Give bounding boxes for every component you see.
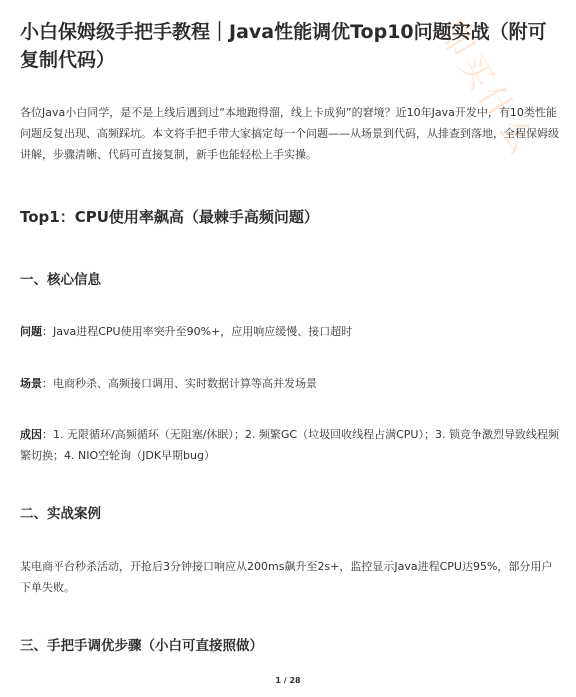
case-paragraph: 某电商平台秒杀活动，开抢后3分钟接口响应从200ms飙升至2s+，监控显示Jav… [20,556,560,598]
scene-paragraph: 场景：电商秒杀、高频接口调用、实时数据计算等高并发场景 [20,373,560,394]
scene-label: 场景 [20,377,42,390]
cause-text: ：1. 无限循环/高频循环（无阻塞/休眠）；2. 频繁GC（垃圾回收线程占满CP… [20,428,559,462]
page-number: 1 / 28 [0,676,576,685]
intro-paragraph: 各位Java小白同学，是不是上线后遇到过“本地跑得溜，线上卡成狗”的窘境？近10… [20,102,560,165]
problem-label: 问题 [20,325,42,338]
problem-text: ：Java进程CPU使用率突升至90%+，应用响应缓慢、接口超时 [42,325,352,338]
section-core-info-heading: 一、核心信息 [20,270,101,290]
top1-heading: Top1：CPU使用率飙高（最棘手高频问题） [20,206,319,228]
section-case-heading: 二、实战案例 [20,504,101,524]
document-title: 小白保姆级手把手教程｜Java性能调优Top10问题实战（附可复制代码） [20,18,560,74]
cause-paragraph: 成因：1. 无限循环/高频循环（无阻塞/休眠）；2. 频繁GC（垃圾回收线程占满… [20,424,560,466]
section-steps-heading: 三、手把手调优步骤（小白可直接照做） [20,636,263,656]
cause-label: 成因 [20,428,42,441]
document-page: 即买什么 小白保姆级手把手教程｜Java性能调优Top10问题实战（附可复制代码… [0,0,576,697]
problem-paragraph: 问题：Java进程CPU使用率突升至90%+，应用响应缓慢、接口超时 [20,321,560,342]
scene-text: ：电商秒杀、高频接口调用、实时数据计算等高并发场景 [42,377,317,390]
